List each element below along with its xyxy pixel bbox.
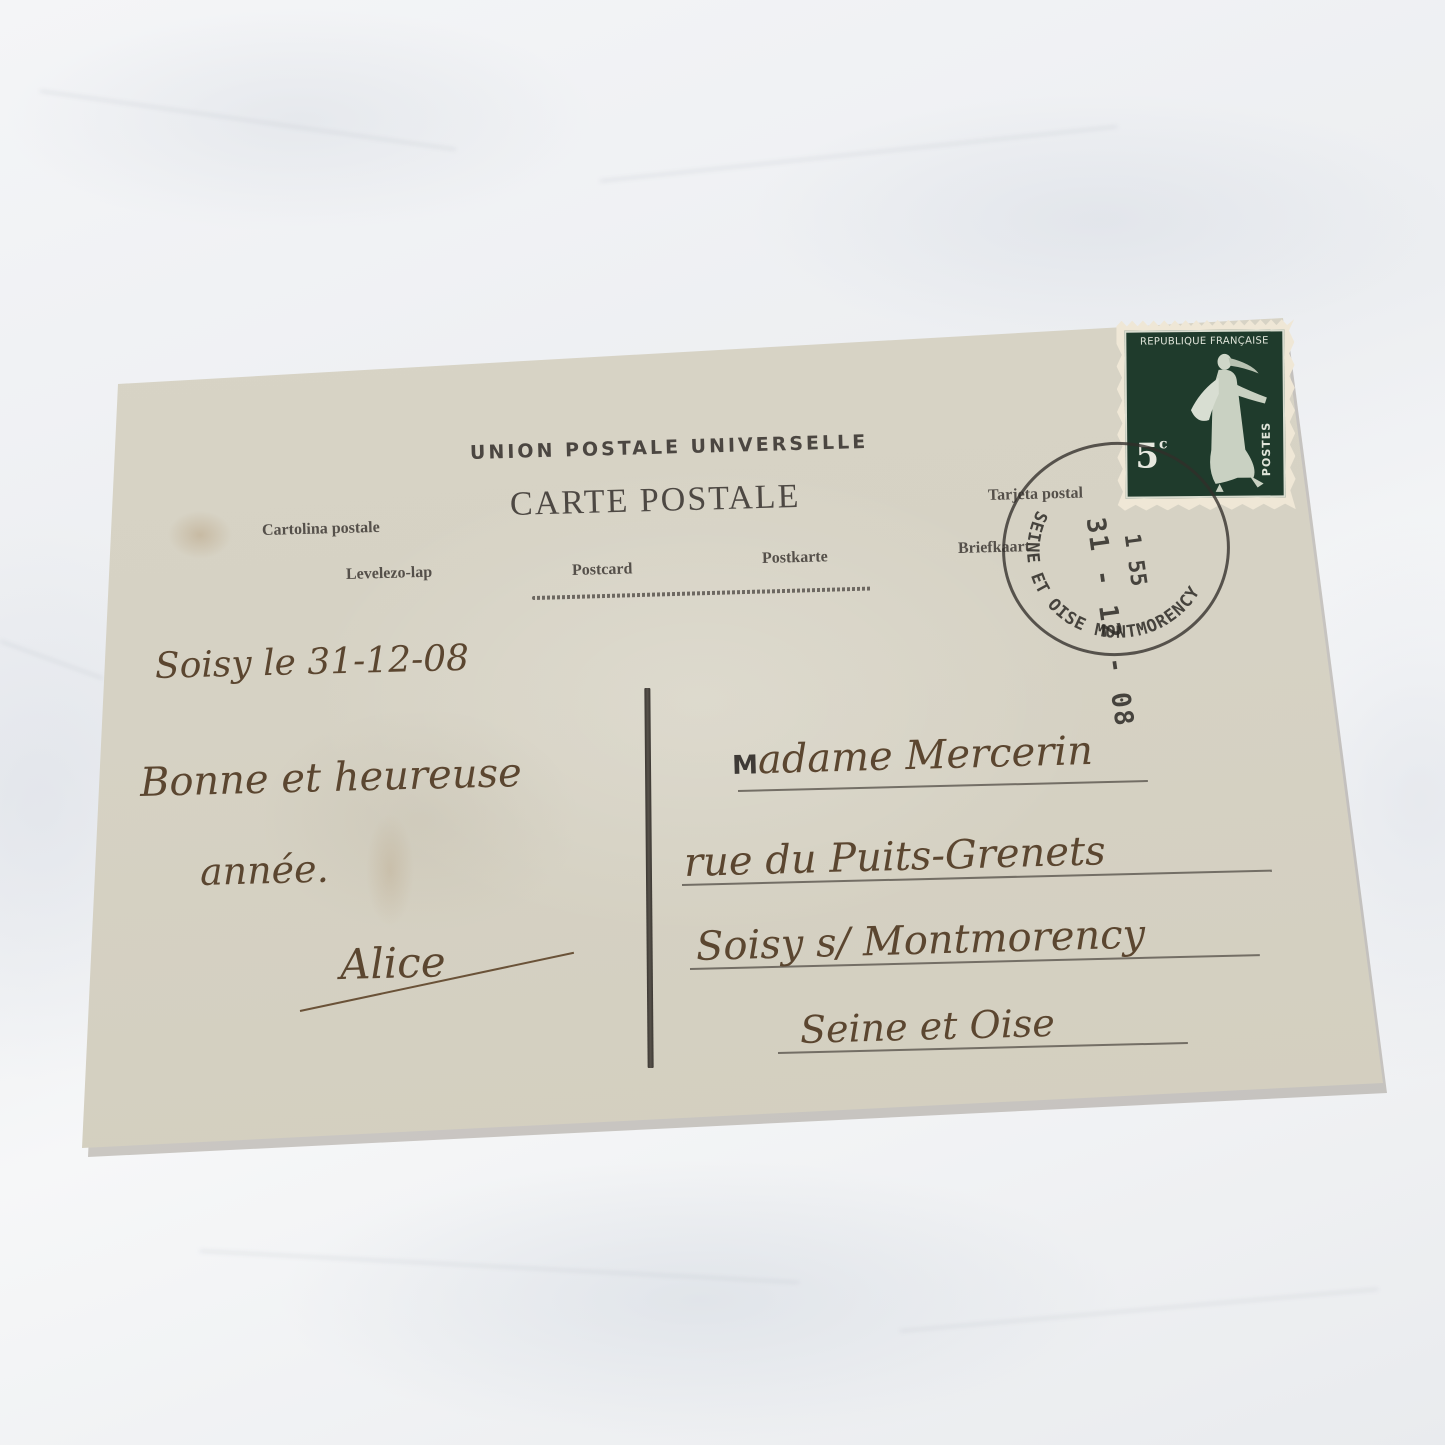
- tissue-fold: [0, 640, 104, 680]
- carte-postale-title: CARTE POSTALE: [509, 478, 800, 524]
- label-levelezo-lap: Levelezo-lap: [346, 564, 433, 584]
- postmark-cancellation: SEINE ET OISE MONTMORENCY 31 - 12 - 08 1…: [991, 431, 1240, 668]
- message-greeting-line2: année.: [199, 847, 329, 894]
- tissue-fold: [40, 90, 456, 150]
- message-date: Soisy le 31-12-08: [154, 638, 469, 687]
- label-postkarte: Postkarte: [762, 548, 828, 568]
- address-line4: Seine et Oise: [799, 1001, 1055, 1052]
- label-cartolina-postale: Cartolina postale: [262, 519, 380, 540]
- stamp-country: REPUBLIQUE FRANÇAISE: [1126, 335, 1282, 347]
- address-recipient: adame Mercerin: [757, 728, 1093, 783]
- tissue-fold: [200, 1250, 799, 1283]
- tissue-fold: [600, 126, 1117, 182]
- tissue-fold: [900, 1288, 1378, 1332]
- stamp-postes-label: POSTES: [1259, 422, 1272, 476]
- label-postcard: Postcard: [572, 560, 633, 580]
- address-printed-m: M: [732, 750, 759, 781]
- postcard: [0, 0, 1445, 1445]
